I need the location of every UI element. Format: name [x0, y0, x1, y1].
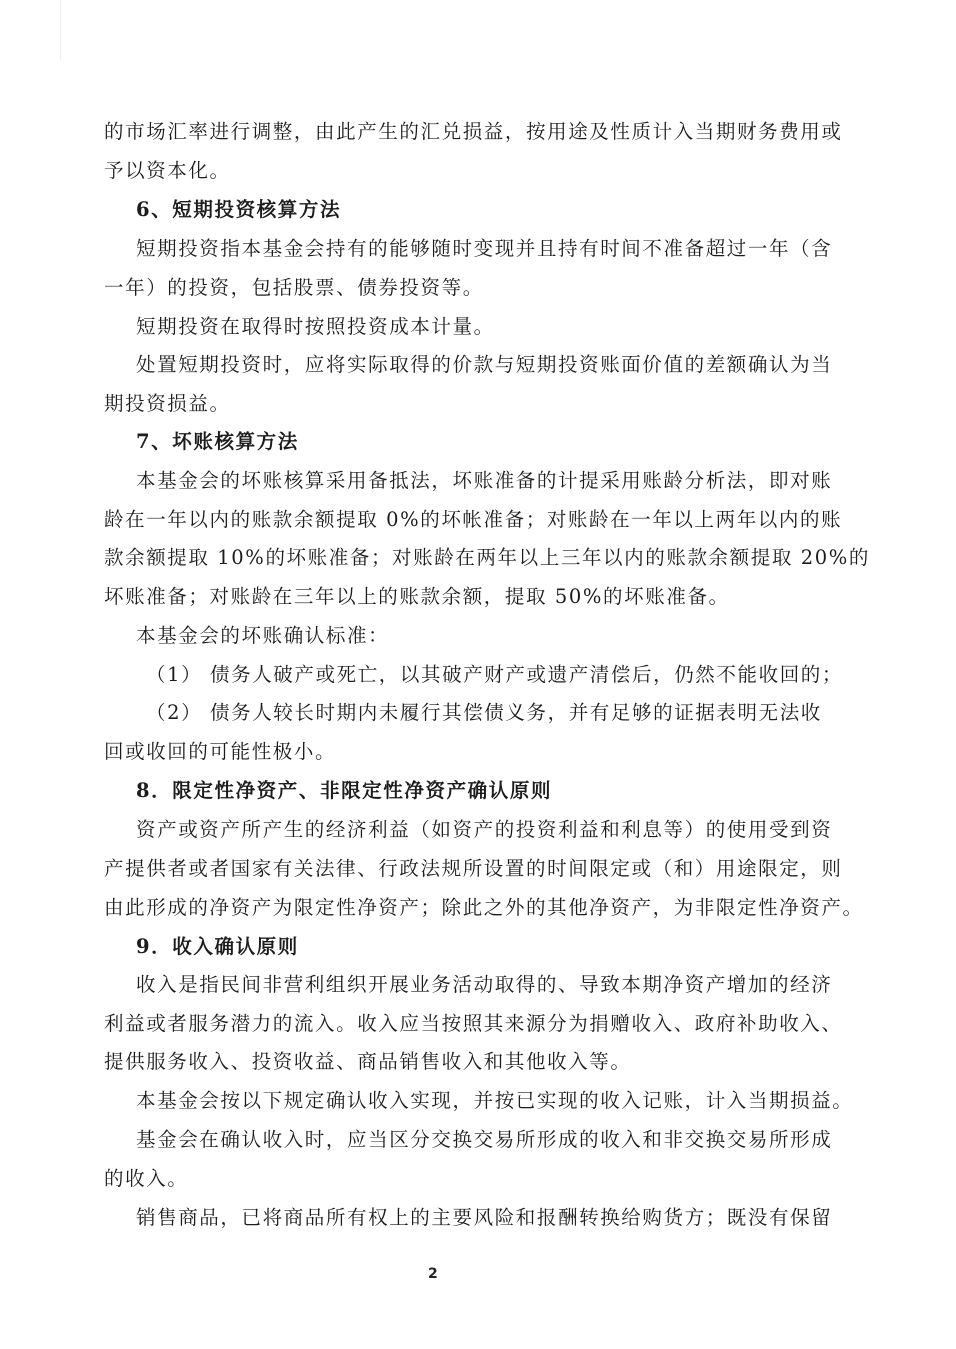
paragraph-line: 本基金会的坏账核算采用备抵法，坏账准备的计提采用账龄分析法，即对账: [136, 469, 768, 493]
paragraph-line: 一年）的投资，包括股票、债券投资等。: [104, 276, 768, 300]
paragraph-line: 收入是指民间非营利组织开展业务活动取得的、导致本期净资产增加的经济: [136, 973, 768, 997]
paragraph-line: 坏账准备；对账龄在三年以上的账款余额，提取 50%的坏账准备。: [104, 585, 768, 609]
section-heading-8: 8．限定性净资产、非限定性净资产确认原则: [136, 779, 800, 803]
document-page: 的市场汇率进行调整，由此产生的汇兑损益，按用途及性质计入当期财务费用或 予以资本…: [0, 0, 956, 1349]
paragraph-line: 予以资本化。: [104, 159, 768, 183]
page-number: 2: [428, 1266, 438, 1282]
paragraph-line: 期投资损益。: [104, 392, 768, 416]
paragraph-line: 短期投资在取得时按照投资成本计量。: [136, 315, 768, 339]
paragraph-line: 提供服务收入、投资收益、商品销售收入和其他收入等。: [104, 1050, 768, 1074]
paragraph-line: 回或收回的可能性极小。: [104, 740, 768, 764]
section-heading-6: 6、短期投资核算方法: [136, 198, 800, 222]
paragraph-line: 由此形成的净资产为限定性净资产；除此之外的其他净资产，为非限定性净资产。: [104, 896, 768, 920]
paragraph-line: 款余额提取 10%的坏账准备；对账龄在两年以上三年以内的账款余额提取 20%的: [104, 546, 768, 570]
section-heading-9: 9．收入确认原则: [136, 935, 800, 959]
paragraph-line: 的市场汇率进行调整，由此产生的汇兑损益，按用途及性质计入当期财务费用或: [104, 120, 768, 144]
paragraph-line: 产提供者或者国家有关法律、行政法规所设置的时间限定或（和）用途限定，则: [104, 857, 768, 881]
scan-edge-artifact: [60, 0, 61, 60]
section-heading-7: 7、坏账核算方法: [136, 430, 800, 454]
paragraph-line: 龄在一年以内的账款余额提取 0%的坏帐准备；对账龄在一年以上两年以内的账: [104, 508, 768, 532]
paragraph-line: 的收入。: [104, 1167, 768, 1191]
paragraph-line: 资产或资产所产生的经济利益（如资产的投资利益和利息等）的使用受到资: [136, 818, 768, 842]
paragraph-line: 处置短期投资时，应将实际取得的价款与短期投资账面价值的差额确认为当: [136, 353, 768, 377]
list-item-2: （2） 债务人较长时期内未履行其偿债义务，并有足够的证据表明无法收: [146, 701, 810, 725]
paragraph-line: 短期投资指本基金会持有的能够随时变现并且持有时间不准备超过一年（含: [136, 237, 768, 261]
paragraph-line: 利益或者服务潜力的流入。收入应当按照其来源分为捐赠收入、政府补助收入、: [104, 1012, 768, 1036]
paragraph-line: 本基金会按以下规定确认收入实现，并按已实现的收入记账，计入当期损益。: [136, 1089, 768, 1113]
paragraph-line: 销售商品，已将商品所有权上的主要风险和报酬转换给购货方；既没有保留: [136, 1206, 768, 1230]
list-item-1: （1） 债务人破产或死亡，以其破产财产或遗产清偿后，仍然不能收回的；: [146, 663, 810, 687]
paragraph-line: 本基金会的坏账确认标准：: [136, 624, 768, 648]
paragraph-line: 基金会在确认收入时，应当区分交换交易所形成的收入和非交换交易所形成: [136, 1128, 768, 1152]
